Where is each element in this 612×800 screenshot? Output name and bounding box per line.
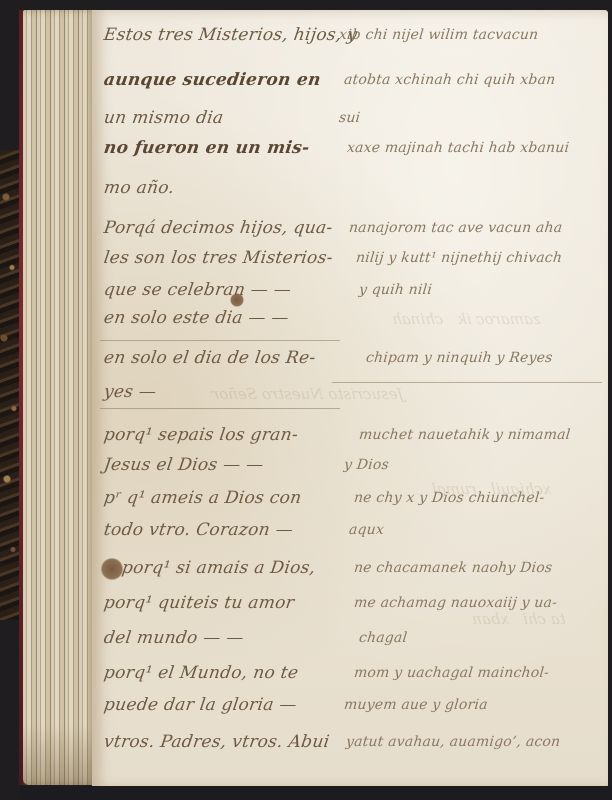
spanish-text: Estos tres Misterios, hijos, y — [103, 25, 359, 45]
spanish-text: les son los tres Misterios- — [103, 248, 335, 268]
manuscript-line: yes — — [104, 382, 600, 412]
manuscript-scan: zamaroc ik chinah Jesucristo Nuestro Señ… — [0, 0, 612, 800]
native-text: chagal — [358, 630, 408, 646]
manuscript-line: les son los tres Misterios- nilij y kutt… — [104, 248, 600, 278]
manuscript-line: porq¹ sepais los gran- muchet nauetahik … — [104, 425, 600, 455]
manuscript-line: un mismo dia sui — [104, 108, 600, 138]
native-text: ne chacamanek naohy Dios — [353, 560, 553, 576]
spanish-text: porq¹ el Mundo, no te — [103, 663, 300, 683]
manuscript-line: Jesus el Dios — — y Dios — [104, 455, 600, 485]
ruled-line — [100, 340, 340, 341]
spanish-text: no fueron en un mis- — [103, 138, 311, 158]
manuscript-line: todo vtro. Corazon — aqux — [104, 520, 600, 550]
manuscript-line: porq¹ si amais a Dios, ne chacamanek nao… — [104, 558, 600, 588]
native-text: sui — [338, 110, 361, 126]
spanish-text: pʳ q¹ ameis a Dios con — [103, 488, 303, 508]
native-text: xib chi nijel wilim tacvacun — [338, 27, 539, 43]
manuscript-line: Estos tres Misterios, hijos, y xib chi n… — [104, 25, 600, 55]
native-text: aqux — [348, 522, 385, 538]
spanish-text: vtros. Padres, vtros. Abui — [103, 732, 331, 752]
spanish-text: puede dar la gloria — — [103, 695, 299, 715]
native-text: me achamag nauoxaiij y ua- — [353, 595, 558, 611]
manuscript-line: en solo este dia — — — [104, 308, 600, 338]
spanish-text: porq¹ si amais a Dios, — [121, 558, 317, 578]
manuscript-line: Porqá decimos hijos, qua- nanajorom tac … — [104, 218, 600, 248]
native-text: xaxe majinah tachi hab xbanui — [346, 140, 570, 156]
manuscript-line: porq¹ quiteis tu amor me achamag nauoxai… — [104, 593, 600, 623]
spanish-text: porq¹ quiteis tu amor — [103, 593, 296, 613]
spanish-text: un mismo dia — [103, 108, 225, 128]
manuscript-line: no fueron en un mis- xaxe majinah tachi … — [104, 138, 600, 168]
scan-bottom-edge — [20, 786, 612, 800]
spanish-text: todo vtro. Corazon — — [103, 520, 295, 540]
manuscript-line: en solo el dia de los Re- chipam y ninqu… — [104, 348, 600, 378]
manuscript-line: del mundo — — chagal — [104, 628, 600, 658]
native-text: chipam y ninquih y Reyes — [365, 350, 553, 366]
native-text: yatut avahau, auamigo’, acon — [345, 734, 561, 750]
native-text: muchet nauetahik y nimamal — [358, 427, 571, 443]
spanish-text: en solo el dia de los Re- — [103, 348, 317, 368]
native-text: atobta xchinah chi quih xban — [343, 72, 556, 88]
manuscript-line: pʳ q¹ ameis a Dios con ne chy x y Dios c… — [104, 488, 600, 518]
spanish-text: del mundo — — — [103, 628, 245, 648]
native-text: muyem aue y gloria — [343, 697, 488, 713]
native-text: nilij y kutt¹ nijnethij chivach — [355, 250, 563, 266]
spanish-text: yes — — [103, 382, 158, 402]
spanish-text: que se celebran — — — [103, 280, 293, 300]
spanish-text: en solo este dia — — — [103, 308, 291, 328]
native-text: y Dios — [343, 457, 390, 473]
marbled-cover-edge — [0, 150, 20, 620]
spanish-text: aunque sucedieron en — [103, 70, 323, 90]
native-text: ne chy x y Dios chiunchel- — [353, 490, 545, 506]
manuscript-page: zamaroc ik chinah Jesucristo Nuestro Señ… — [92, 10, 608, 788]
native-text: nanajorom tac ave vacun aha — [348, 220, 563, 236]
native-text: y quih nili — [358, 282, 433, 298]
manuscript-line: puede dar la gloria — muyem aue y gloria — [104, 695, 600, 725]
manuscript-line: que se celebran — — y quih nili — [104, 280, 600, 310]
manuscript-line: vtros. Padres, vtros. Abui yatut avahau,… — [104, 732, 600, 762]
spanish-text: porq¹ sepais los gran- — [103, 425, 300, 445]
spanish-text: Jesus el Dios — — — [103, 455, 265, 475]
manuscript-line: mo año. — [104, 178, 600, 208]
page-stack-edge — [23, 10, 98, 785]
manuscript-line: porq¹ el Mundo, no te mom y uachagal mai… — [104, 663, 600, 693]
spanish-text: Porqá decimos hijos, qua- — [103, 218, 334, 238]
spanish-text: mo año. — [103, 178, 176, 198]
manuscript-line: aunque sucedieron en atobta xchinah chi … — [104, 70, 600, 100]
native-text: mom y uachagal mainchol- — [353, 665, 550, 681]
